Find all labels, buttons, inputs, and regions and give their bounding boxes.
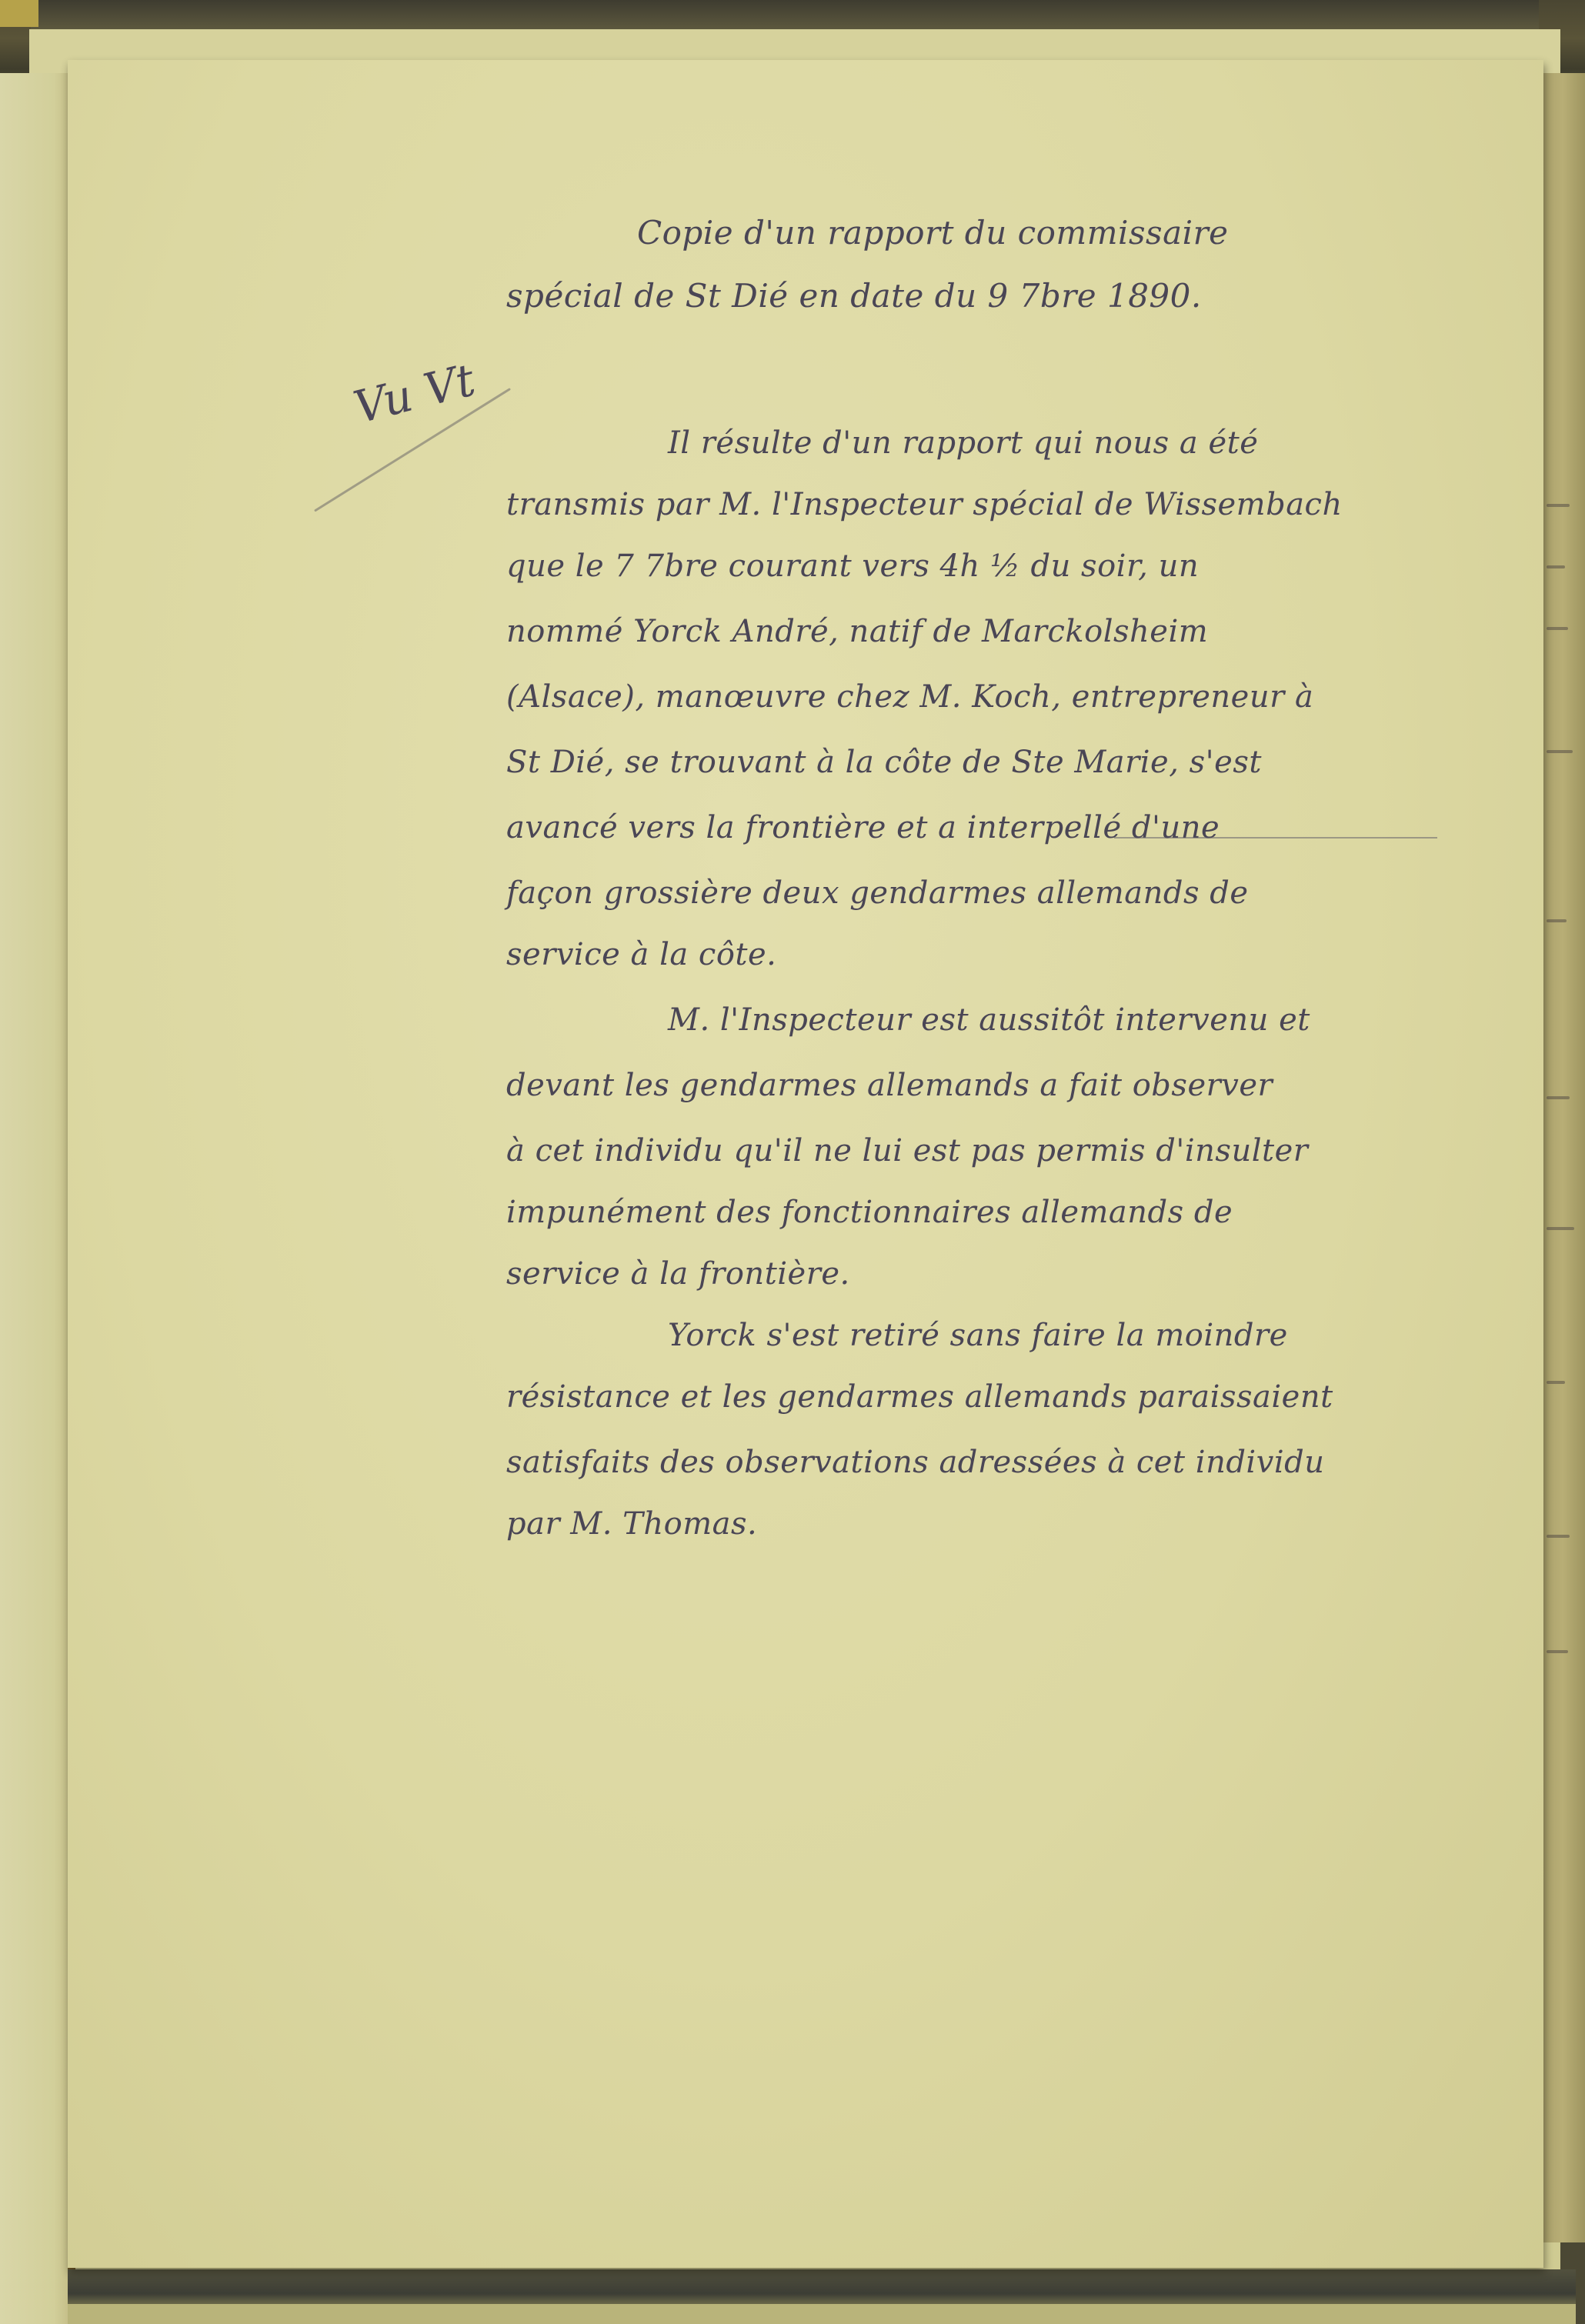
paragraph-2-line-5: service à la frontière. (506, 1256, 850, 1292)
paragraph-1-line-6: St Dié, se trouvant à la côte de Ste Mar… (506, 745, 1262, 780)
paragraph-1-line-8: façon grossière deux gendarmes allemands… (506, 875, 1249, 911)
paragraph-1-line-7: avancé vers la frontière et a interpellé… (506, 810, 1220, 845)
lower-sheet-edge (68, 2304, 1576, 2324)
page-bottom-shadow (68, 2269, 1576, 2304)
paragraph-3-line-3: satisfaits des observations adressées à … (506, 1445, 1324, 1480)
heading-line-1: Copie d'un rapport du commissaire (637, 214, 1229, 252)
paragraph-1-line-3: que le 7 7bre courant vers 4h ½ du soir,… (506, 548, 1199, 584)
ink-mark (1547, 565, 1565, 568)
paragraph-3-line-4: par M. Thomas. (506, 1506, 757, 1542)
paragraph-1-line-2: transmis par M. l'Inspecteur spécial de … (506, 487, 1343, 522)
paragraph-1-line-1: Il résulte d'un rapport qui nous a été (668, 425, 1258, 461)
paragraph-3-line-1: Yorck s'est retiré sans faire la moindre (668, 1318, 1288, 1353)
paragraph-2-line-2: devant les gendarmes allemands a fait ob… (506, 1068, 1273, 1103)
ink-mark (1547, 1096, 1570, 1099)
paragraph-2-line-1: M. l'Inspecteur est aussitôt intervenu e… (668, 1002, 1310, 1038)
ink-mark (1547, 504, 1570, 507)
paragraph-2-line-3: à cet individu qu'il ne lui est pas perm… (506, 1133, 1308, 1169)
ink-mark (1547, 1227, 1574, 1230)
paragraph-1-line-4: nommé Yorck André, natif de Marckolsheim (506, 614, 1208, 649)
ink-mark (1547, 919, 1567, 922)
paragraph-1-line-5: (Alsace), manœuvre chez M. Koch, entrepr… (506, 679, 1313, 715)
document-page: Copie d'un rapport du commissaire spécia… (68, 60, 1543, 2268)
right-stacked-pages (1540, 73, 1585, 2242)
margin-annotation: Vu Vt (349, 353, 480, 433)
left-folder-cover (0, 73, 75, 2324)
ink-mark (1547, 1535, 1570, 1538)
ink-flourish (1114, 837, 1437, 839)
ink-mark (1547, 627, 1568, 630)
ink-mark (1547, 750, 1573, 753)
heading-line-2: spécial de St Dié en date du 9 7bre 1890… (506, 277, 1202, 315)
paragraph-2-line-4: impunément des fonctionnaires allemands … (506, 1195, 1233, 1230)
paragraph-3-line-2: résistance et les gendarmes allemands pa… (506, 1379, 1333, 1415)
paragraph-1-line-9: service à la côte. (506, 937, 776, 972)
ink-mark (1547, 1650, 1568, 1653)
folder-corner-tab (0, 0, 38, 27)
ink-mark (1547, 1381, 1565, 1384)
